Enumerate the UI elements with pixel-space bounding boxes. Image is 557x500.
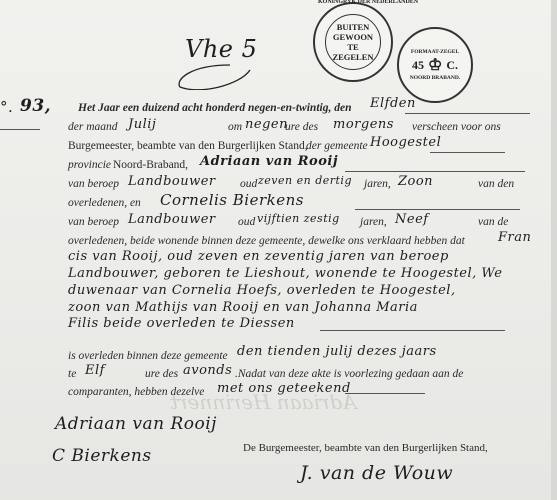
printed-text: Burgemeester, beambte van den Burgerlijk…	[68, 140, 308, 152]
handwritten-death-date: den tienden julij dezes jaars	[237, 344, 437, 359]
printed-text: oud	[238, 216, 255, 228]
record-number: 93,	[20, 96, 51, 116]
handwritten-date-day: Elfden	[370, 96, 416, 111]
printed-text: om	[228, 121, 242, 133]
printed-text: jaren,	[364, 178, 391, 190]
stamp-line: ZEGELEN	[332, 52, 373, 62]
printed-text: comparanten, hebben dezelve	[68, 386, 204, 398]
flourish-icon	[170, 45, 265, 90]
signature-witness-2: C Bierkens	[52, 446, 152, 466]
stamp-formaat-zegel: FORMAAT-ZEGEL 45 ♔ C. NOORD BRABAND.	[397, 27, 473, 103]
printed-text: overledenen, beide wonende binnen deze g…	[68, 235, 465, 247]
fill-line	[355, 209, 520, 210]
stamp-line: GEWOON	[333, 32, 373, 42]
official-label: De Burgemeester, beambte van den Burgerl…	[243, 442, 488, 454]
page-edge	[551, 0, 557, 500]
handwritten-daypart: morgens	[333, 117, 394, 132]
record-number-prefix: °.	[0, 98, 13, 116]
handwritten-age: zeven en dertig	[258, 174, 352, 187]
fill-line	[320, 330, 505, 331]
printed-text: Het Jaar een duizend acht honderd negen-…	[78, 102, 351, 114]
signature-official: J. van de Wouw	[300, 462, 453, 484]
fill-line	[430, 152, 505, 153]
handwritten-body-line: Landbouwer, geboren te Lieshout, wonende…	[68, 266, 502, 281]
handwritten-body-line: zoon van Mathijs van Rooij en van Johann…	[68, 300, 418, 315]
handwritten-deceased-start: Fran	[498, 230, 531, 245]
stamp-line: TE	[347, 42, 358, 52]
handwritten-hour: negen	[245, 117, 288, 132]
printed-text: der maand	[68, 121, 118, 133]
fill-line	[345, 393, 425, 394]
printed-text: jaren,	[360, 216, 387, 228]
handwritten-declarant-1: Adriaan van Rooij	[200, 154, 338, 169]
document-page: Adriaan Herinnert Vhe 5 BUITEN GEWOON TE…	[0, 0, 557, 500]
printed-text: provincie	[68, 159, 111, 171]
fill-line	[405, 113, 530, 114]
fill-line	[345, 171, 525, 172]
printed-text: van beroep	[68, 178, 119, 190]
handwritten-body-line: Filis beide overleden te Diessen	[68, 316, 295, 331]
printed-text: overledenen, en	[68, 197, 141, 209]
printed-text: ure des	[285, 121, 318, 133]
stamp-value: 45	[412, 58, 424, 73]
printed-text: verscheen voor ons	[412, 121, 501, 133]
signature-witness-1: Adriaan van Rooij	[55, 414, 217, 434]
printed-text: ure des	[145, 368, 178, 380]
handwritten-signed-note: met ons geteekend	[217, 381, 351, 396]
handwritten-body-line: duwenaar van Cornelia Hoefs, overleden t…	[68, 283, 456, 298]
stamp-unit: C.	[446, 58, 458, 73]
handwritten-month: Julij	[128, 117, 156, 132]
handwritten-declarant-2: Cornelis Bierkens	[160, 191, 304, 209]
printed-text: van de	[478, 216, 508, 228]
handwritten-death-daypart: avonds	[183, 363, 232, 378]
handwritten-municipality: Hoogestel	[370, 135, 441, 150]
stamp-ring-bottom: NOORD BRABAND.	[410, 75, 460, 81]
divider	[0, 129, 40, 130]
handwritten-age: vijftien zestig	[257, 212, 340, 225]
printed-text: der gemeente	[306, 140, 368, 152]
handwritten-body-line: cis van Rooij, oud zeven en zeventig jar…	[68, 249, 449, 264]
printed-text: Noord-Braband,	[113, 159, 188, 171]
printed-text: van beroep	[68, 216, 119, 228]
printed-text: is overleden binnen deze gemeente	[68, 350, 228, 362]
printed-text: oud	[240, 178, 257, 190]
crown-shield-icon: ♔	[428, 55, 442, 75]
printed-text: .Nadat van deze akte is voorlezing gedaa…	[235, 368, 463, 380]
printed-text: te	[68, 368, 76, 380]
handwritten-relation: Zoon	[398, 174, 433, 189]
stamp-buiten-gewoon: BUITEN GEWOON TE ZEGELEN	[313, 2, 393, 82]
handwritten-occupation: Landbouwer	[128, 212, 216, 227]
handwritten-occupation: Landbouwer	[128, 174, 216, 189]
printed-text: van den	[478, 178, 514, 190]
stamp-ring-text: KONINGRYK DER NEDERLANDEN	[318, 0, 418, 5]
handwritten-relation: Neef	[395, 212, 429, 227]
stamp-line: BUITEN	[337, 22, 370, 32]
handwritten-death-hour: Elf	[85, 363, 105, 378]
